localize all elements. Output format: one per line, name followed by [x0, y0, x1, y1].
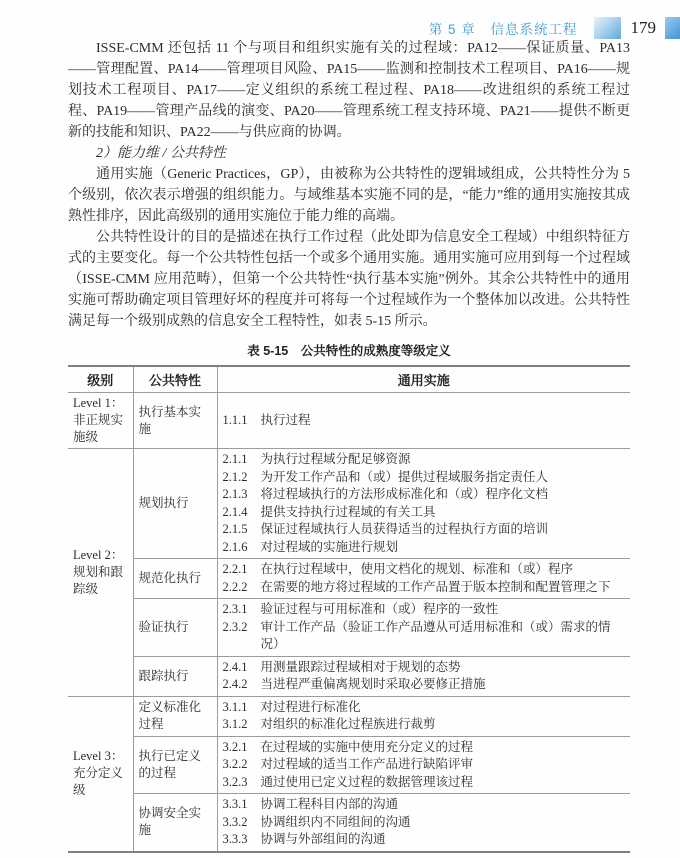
common-feature-cell: 执行已定义的过程: [133, 736, 217, 794]
table-body: Level 1：非正规实施级执行基本实施1.1.1执行过程Level 2：规划和…: [68, 393, 630, 852]
level-cell: Level 3：充分定义级: [68, 696, 133, 852]
table-row: 协调安全实施3.3.1协调工程科目内部的沟通3.3.2协调组织内不同组间的沟通3…: [68, 794, 630, 852]
practice-text: 在过程域的实施中使用充分定义的过程: [261, 739, 626, 757]
section-heading: 2）能力维 / 公共特性: [68, 143, 630, 164]
common-feature-cell: 定义标准化过程: [133, 696, 217, 736]
practice-item: 2.3.2审计工作产品（验证工作产品遵从可适用标准和（或）需求的情况）: [223, 619, 626, 654]
practice-item: 3.2.3通过使用已定义过程的数据管理该过程: [223, 774, 626, 792]
practice-number: 2.1.2: [223, 469, 261, 487]
generic-practices-cell: 2.1.1为执行过程域分配足够资源2.1.2为开发工作产品和（或）提供过程域服务…: [217, 449, 630, 559]
practice-text: 审计工作产品（验证工作产品遵从可适用标准和（或）需求的情况）: [261, 619, 626, 654]
header-accent-left-square: [594, 17, 621, 39]
practice-item: 2.3.1验证过程与可用标准和（或）程序的一致性: [223, 601, 626, 619]
practice-text: 协调与外部组间的沟通: [261, 831, 626, 849]
table-row: Level 3：充分定义级定义标准化过程3.1.1对过程进行标准化3.1.2对组…: [68, 696, 630, 736]
table-row: Level 2：规划和跟踪级规划执行2.1.1为执行过程域分配足够资源2.1.2…: [68, 449, 630, 559]
page-number: 179: [631, 18, 657, 38]
practice-text: 当进程严重偏离规划时采取必要修正措施: [261, 676, 626, 694]
common-feature-cell: 规范化执行: [133, 559, 217, 599]
practice-number: 3.3.2: [223, 814, 261, 832]
practice-item: 1.1.1执行过程: [223, 412, 626, 430]
practice-item: 2.2.1在执行过程域中，使用文档化的规划、标准和（或）程序: [223, 561, 626, 579]
level-cell: Level 1：非正规实施级: [68, 393, 133, 449]
paragraph-process-areas: ISSE-CMM 还包括 11 个与项目和组织实施有关的过程域：PA12——保证…: [68, 38, 630, 143]
table-caption: 表 5-15 公共特性的成熟度等级定义: [68, 341, 630, 359]
practice-text: 为执行过程域分配足够资源: [261, 451, 626, 469]
practice-number: 2.1.5: [223, 521, 261, 539]
common-feature-cell: 规划执行: [133, 449, 217, 559]
practice-number: 2.1.6: [223, 539, 261, 557]
common-feature-cell: 跟踪执行: [133, 656, 217, 696]
practice-number: 3.1.2: [223, 716, 261, 734]
practice-number: 2.4.1: [223, 659, 261, 677]
level-cell: Level 2：规划和跟踪级: [68, 449, 133, 697]
practice-item: 3.1.2对组织的标准化过程族进行裁剪: [223, 716, 626, 734]
practice-number: 3.2.2: [223, 756, 261, 774]
practice-text: 对过程域的适当工作产品进行缺陷评审: [261, 756, 626, 774]
paragraph-generic-practices: 通用实施（Generic Practices，GP），由被称为公共特性的逻辑域组…: [68, 164, 630, 227]
practice-number: 2.3.2: [223, 619, 261, 654]
table-header: 级别 公共特性 通用实施: [68, 366, 630, 393]
practice-item: 2.1.6对过程域的实施进行规划: [223, 539, 626, 557]
practice-number: 2.2.2: [223, 579, 261, 597]
common-feature-cell: 验证执行: [133, 599, 217, 657]
generic-practices-cell: 1.1.1执行过程: [217, 393, 630, 449]
table-row: 跟踪执行2.4.1用测量跟踪过程域相对于规划的态势2.4.2当进程严重偏离规划时…: [68, 656, 630, 696]
chapter-heading: 第 5 章 信息系统工程: [429, 18, 578, 38]
header-accent-right-square: [665, 17, 680, 39]
practice-text: 协调工程科目内部的沟通: [261, 796, 626, 814]
practice-text: 验证过程与可用标准和（或）程序的一致性: [261, 601, 626, 619]
generic-practices-cell: 3.3.1协调工程科目内部的沟通3.3.2协调组织内不同组间的沟通3.3.3协调…: [217, 794, 630, 852]
table-row: 验证执行2.3.1验证过程与可用标准和（或）程序的一致性2.3.2审计工作产品（…: [68, 599, 630, 657]
practice-item: 2.1.1为执行过程域分配足够资源: [223, 451, 626, 469]
practice-text: 对过程进行标准化: [261, 699, 626, 717]
practice-number: 2.3.1: [223, 601, 261, 619]
practice-item: 2.2.2在需要的地方将过程域的工作产品置于版本控制和配置管理之下: [223, 579, 626, 597]
practice-item: 2.4.2当进程严重偏离规划时采取必要修正措施: [223, 676, 626, 694]
practice-item: 2.1.4提供支持执行过程域的有关工具: [223, 504, 626, 522]
practice-item: 2.4.1用测量跟踪过程域相对于规划的态势: [223, 659, 626, 677]
practice-item: 2.1.2为开发工作产品和（或）提供过程域服务指定责任人: [223, 469, 626, 487]
table-row: 执行已定义的过程3.2.1在过程域的实施中使用充分定义的过程3.2.2对过程域的…: [68, 736, 630, 794]
generic-practices-cell: 2.2.1在执行过程域中，使用文档化的规划、标准和（或）程序2.2.2在需要的地…: [217, 559, 630, 599]
practice-item: 3.3.3协调与外部组间的沟通: [223, 831, 626, 849]
document-page: 第 5 章 信息系统工程 179 ISSE-CMM 还包括 11 个与项目和组织…: [0, 0, 680, 858]
maturity-levels-table: 级别 公共特性 通用实施 Level 1：非正规实施级执行基本实施1.1.1执行…: [68, 365, 630, 853]
practice-number: 1.1.1: [223, 412, 261, 430]
practice-number: 3.1.1: [223, 699, 261, 717]
column-header-common-feature: 公共特性: [133, 366, 217, 393]
practice-text: 在需要的地方将过程域的工作产品置于版本控制和配置管理之下: [261, 579, 626, 597]
practice-number: 2.1.3: [223, 486, 261, 504]
practice-text: 对过程域的实施进行规划: [261, 539, 626, 557]
practice-number: 2.1.1: [223, 451, 261, 469]
table-row: Level 1：非正规实施级执行基本实施1.1.1执行过程: [68, 393, 630, 449]
column-header-level: 级别: [68, 366, 133, 393]
practice-number: 2.4.2: [223, 676, 261, 694]
practice-item: 3.2.1在过程域的实施中使用充分定义的过程: [223, 739, 626, 757]
practice-text: 为开发工作产品和（或）提供过程域服务指定责任人: [261, 469, 626, 487]
practice-item: 2.1.5保证过程域执行人员获得适当的过程执行方面的培训: [223, 521, 626, 539]
practice-text: 通过使用已定义过程的数据管理该过程: [261, 774, 626, 792]
paragraph-common-features: 公共特性设计的目的是描述在执行工作过程（此处即为信息安全工程域）中组织特征方式的…: [68, 227, 630, 332]
practice-number: 3.3.1: [223, 796, 261, 814]
page-body: ISSE-CMM 还包括 11 个与项目和组织实施有关的过程域：PA12——保证…: [68, 38, 630, 853]
chapter-title: 信息系统工程: [491, 22, 578, 37]
table-row: 规范化执行2.2.1在执行过程域中，使用文档化的规划、标准和（或）程序2.2.2…: [68, 559, 630, 599]
practice-item: 3.1.1对过程进行标准化: [223, 699, 626, 717]
practice-item: 3.3.1协调工程科目内部的沟通: [223, 796, 626, 814]
column-header-generic-practices: 通用实施: [217, 366, 630, 393]
practice-text: 在执行过程域中，使用文档化的规划、标准和（或）程序: [261, 561, 626, 579]
practice-item: 3.3.2协调组织内不同组间的沟通: [223, 814, 626, 832]
common-feature-cell: 执行基本实施: [133, 393, 217, 449]
practice-item: 3.2.2对过程域的适当工作产品进行缺陷评审: [223, 756, 626, 774]
practice-text: 提供支持执行过程域的有关工具: [261, 504, 626, 522]
generic-practices-cell: 2.3.1验证过程与可用标准和（或）程序的一致性2.3.2审计工作产品（验证工作…: [217, 599, 630, 657]
practice-text: 对组织的标准化过程族进行裁剪: [261, 716, 626, 734]
practice-text: 将过程域执行的方法形成标准化和（或）程序化文档: [261, 486, 626, 504]
practice-item: 2.1.3将过程域执行的方法形成标准化和（或）程序化文档: [223, 486, 626, 504]
practice-text: 协调组织内不同组间的沟通: [261, 814, 626, 832]
chapter-number: 第 5 章: [429, 22, 476, 37]
practice-text: 保证过程域执行人员获得适当的过程执行方面的培训: [261, 521, 626, 539]
practice-number: 2.1.4: [223, 504, 261, 522]
practice-number: 3.3.3: [223, 831, 261, 849]
generic-practices-cell: 3.2.1在过程域的实施中使用充分定义的过程3.2.2对过程域的适当工作产品进行…: [217, 736, 630, 794]
practice-number: 2.2.1: [223, 561, 261, 579]
generic-practices-cell: 3.1.1对过程进行标准化3.1.2对组织的标准化过程族进行裁剪: [217, 696, 630, 736]
practice-number: 3.2.3: [223, 774, 261, 792]
common-feature-cell: 协调安全实施: [133, 794, 217, 852]
practice-number: 3.2.1: [223, 739, 261, 757]
generic-practices-cell: 2.4.1用测量跟踪过程域相对于规划的态势2.4.2当进程严重偏离规划时采取必要…: [217, 656, 630, 696]
practice-text: 执行过程: [261, 412, 626, 430]
practice-text: 用测量跟踪过程域相对于规划的态势: [261, 659, 626, 677]
